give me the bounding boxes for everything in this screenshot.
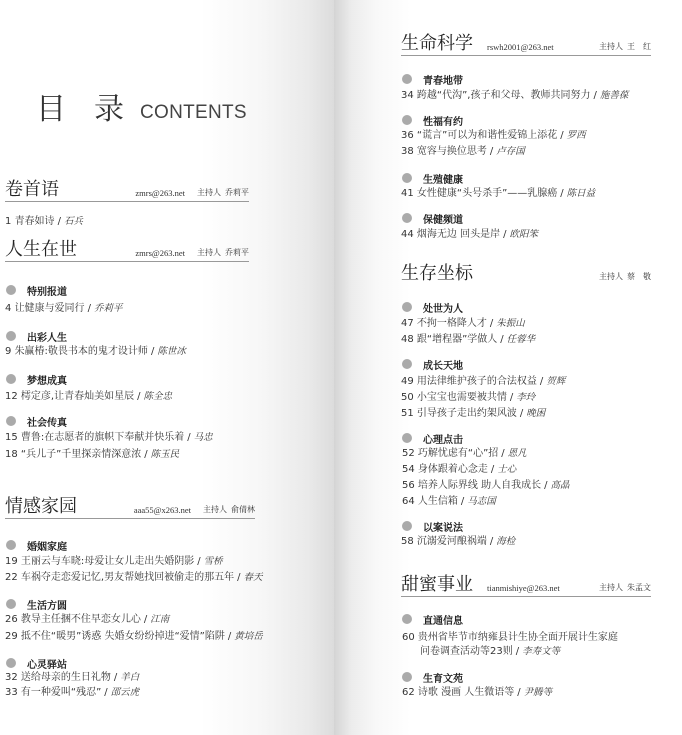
category-label: 性福有约 [423,113,463,128]
bullet-dot-icon [402,433,412,443]
entry-title: 身体跟着心念走 [418,464,488,475]
entry-author: 恩凡 [508,448,527,459]
toc-title-cn-1: 目 [36,84,66,128]
page-number: 18 [5,449,18,460]
host-name: 蔡 敬 [627,271,651,282]
toc-entry[interactable]: 12 樗定彦,让青春灿美如星辰/陈全忠 [5,390,172,404]
section-email[interactable]: zmrs@263.net [135,188,185,198]
entry-author: 陈世冰 [157,346,186,357]
category-label: 梦想成真 [27,372,67,387]
entry-author: 施善葆 [600,90,629,101]
entry-author: 陈全忠 [143,391,172,402]
category-label: 以案说法 [423,519,463,534]
entry-author: 李玲 [516,392,535,403]
host-label: 主持人 [599,271,623,282]
toc-entry[interactable]: 26 教导主任捆不住早恋女儿心/江南 [5,613,169,627]
toc-entry[interactable]: 56 培养人际界线 助人自我成长/高晶 [402,479,570,493]
category-label: 社会传真 [27,414,67,429]
category-label: 直通信息 [423,612,463,627]
category-label: 生育文苑 [423,670,463,685]
entry-title-line2: 问卷调查活动等23则 [420,646,513,657]
bullet-dot-icon [402,614,412,624]
toc-entry[interactable]: 4 让健康与爱同行/乔莉平 [5,302,122,316]
bullet-dot-icon [6,540,16,550]
toc-entry[interactable]: 38 宽容与换位思考/卢存国 [401,145,525,159]
category-shengyuwenyuan: 生育文苑 [402,670,463,684]
bullet-dot-icon [402,521,412,531]
entry-title: 有一种爱叫“残忍” [21,687,101,698]
entry-author: 罗西 [567,130,586,141]
page-number: 41 [401,188,414,199]
page-number: 49 [401,376,414,387]
toc-entry[interactable]: 44 烟海无边 回头是岸/欧阳笨 [401,228,538,242]
toc-title: 目 录 CONTENTS [36,88,247,128]
category-tebiebaodao: 特别报道 [6,283,67,297]
entry-author: 邵云虎 [111,687,140,698]
toc-entry[interactable]: 18 “兵儿子”千里探亲情深意浓/陈玉民 [5,448,179,462]
host-label: 主持人 [197,187,221,198]
entry-title: 教导主任捆不住早恋女儿心 [21,614,141,625]
bullet-dot-icon [402,672,412,682]
page-number: 15 [5,432,18,443]
toc-title-cn-2: 录 [94,84,124,128]
page-number: 32 [5,672,18,683]
toc-entry[interactable]: 33 有一种爱叫“残忍”/邵云虎 [5,686,139,700]
host-name: 俞倩林 [231,504,255,515]
entry-title: 抵不住“暖男”诱惑 失婚女纷纷掉进“爱情”陷阱 [21,631,225,642]
host-label: 主持人 [197,247,221,258]
entry-title: 车祸夺走恋爱记忆,男友帮她找回被偷走的那五年 [21,572,234,583]
category-label: 心灵驿站 [27,656,67,671]
entry-author: 士心 [497,464,516,475]
entry-author: 任蓉华 [507,334,536,345]
toc-entry[interactable]: 1 青春如诗/石兵 [5,215,83,229]
toc-entry[interactable]: 52 巧解忧虑有“心”招/恩凡 [402,447,527,461]
toc-entry[interactable]: 54 身体跟着心念走/士心 [402,463,516,477]
page-number: 36 [401,130,414,141]
host-name: 乔莉平 [225,187,249,198]
entry-title: 不拘一格降人才 [417,318,487,329]
entry-author: 雪桥 [204,556,223,567]
host-label: 主持人 [599,582,623,593]
entry-author: 乔莉平 [94,303,123,314]
page-number: 12 [5,391,18,402]
bullet-dot-icon [402,173,412,183]
toc-entry[interactable]: 47 不拘一格降人才/朱振山 [401,317,525,331]
page-number: 33 [5,687,18,698]
category-label: 青春地带 [423,72,463,87]
entry-title: “兵儿子”千里探亲情深意浓 [21,449,141,460]
entry-author: 晚困 [526,408,545,419]
bullet-dot-icon [402,74,412,84]
entry-title: 引导孩子走出约架风波 [417,408,517,419]
toc-entry[interactable]: 50 小宝宝也需要被共情/李玲 [401,391,535,405]
page-number: 60 [402,632,415,643]
page-number: 47 [401,318,414,329]
page-number: 34 [401,90,414,101]
bullet-dot-icon [402,302,412,312]
page-number: 38 [401,146,414,157]
entry-title: 朱赢椿:敬畏书本的鬼才设计师 [15,346,148,357]
entry-author: 羊白 [120,672,139,683]
category-label: 特别报道 [27,283,67,298]
toc-entry[interactable]: 22 车祸夺走恋爱记忆,男友帮她找回被偷走的那五年/春天 [5,571,263,585]
entry-title: 跟“增程器”学做人 [417,334,497,345]
entry-author: 卢存国 [496,146,525,157]
page-number: 26 [5,614,18,625]
entry-author: 春天 [243,572,262,583]
section-header-shengcunzuobiao: 生存坐标 主持人 蔡 敬 [401,261,651,285]
section-header-qingganjiayuan: 情感家园 aaa55@x263.net 主持人 俞倩林 [5,495,255,519]
section-title: 生命科学 [401,33,473,55]
category-qingchundidai: 青春地带 [402,72,463,86]
section-header-juanshouyu: 卷首语 zmrs@263.net 主持人 乔莉平 [5,178,249,202]
page-number: 19 [5,556,18,567]
toc-entry[interactable]: 58 沉溺爱河酿祸端/海检 [401,535,515,549]
entry-title: 跨越“代沟”,孩子和父母、教师共同努力 [417,90,591,101]
toc-entry[interactable]: 62 诗歌 漫画 人生微语等/尹腾等 [402,686,552,700]
right-page [334,0,682,735]
entry-title: 王丽云与车晓:母爱让女儿走出失婚阴影 [21,556,194,567]
bullet-dot-icon [6,285,16,295]
section-title: 人生在世 [5,239,77,261]
category-shehuichuanzhen: 社会传真 [6,414,67,428]
page-number: 51 [401,408,414,419]
host-label: 主持人 [599,41,623,52]
section-title: 情感家园 [5,496,77,518]
section-header-shengmingkexue: 生命科学 rswh2001@263.net 主持人 王 红 [401,32,651,56]
toc-entry[interactable]: 9 朱赢椿:敬畏书本的鬼才设计师/陈世冰 [5,345,186,359]
entry-title: 沉溺爱河酿祸端 [417,536,487,547]
category-xingfuyouyue: 性福有约 [402,113,463,127]
entry-title: 小宝宝也需要被共情 [417,392,507,403]
category-xinlingyizhan: 心灵驿站 [6,656,67,670]
section-email[interactable]: aaa55@x263.net [134,505,191,515]
section-header-tianmishiye: 甜蜜事业 tianmishiye@263.net 主持人 朱孟文 [401,573,651,597]
host-label: 主持人 [203,504,227,515]
bullet-dot-icon [402,115,412,125]
section-email[interactable]: tianmishiye@263.net [487,583,560,593]
entry-author: 陈日益 [567,188,596,199]
entry-author: 李寿文等 [522,646,560,657]
section-email[interactable]: rswh2001@263.net [487,42,554,52]
toc-entry[interactable]: 36 “谎言”可以为和谐性爱锦上添花/罗西 [401,129,586,143]
category-mengxiangchengzhen: 梦想成真 [6,372,67,386]
toc-entry[interactable]: 34 跨越“代沟”,孩子和父母、教师共同努力/施善葆 [401,89,628,103]
category-label: 成长天地 [423,357,463,372]
host-name: 乔莉平 [225,247,249,258]
entry-author: 海检 [496,536,515,547]
toc-entry[interactable]: 51 引导孩子走出约架风波/晚困 [401,407,545,421]
bullet-dot-icon [402,213,412,223]
category-yianshuofa: 以案说法 [402,519,463,533]
toc-title-en: CONTENTS [140,102,247,124]
entry-title: 宽容与换位思考 [417,146,487,157]
entry-author: 陈玉民 [151,449,180,460]
entry-title: 樗定彦,让青春灿美如星辰 [21,391,134,402]
page-number: 64 [402,496,415,507]
toc-entry[interactable]: 32 送给母亲的生日礼物/羊白 [5,671,139,685]
entry-title: 贵州省毕节市纳雍县计生协全面开展计生家庭 [418,632,618,643]
entry-author: 石兵 [64,216,83,227]
bullet-dot-icon [6,331,16,341]
page-number: 4 [5,303,11,314]
bullet-dot-icon [6,374,16,384]
host-name: 王 红 [627,41,651,52]
section-title: 生存坐标 [401,263,473,285]
category-zhitongxinxi: 直通信息 [402,612,463,626]
entry-title: 用法律维护孩子的合法权益 [417,376,537,387]
toc-entry[interactable]: 19 王丽云与车晓:母爱让女儿走出失婚阴影/雪桥 [5,555,223,569]
page-number: 58 [401,536,414,547]
page-number: 9 [5,346,11,357]
entry-title: 送给母亲的生日礼物 [21,672,111,683]
page-number: 29 [5,631,18,642]
entry-author: 黄培岳 [234,631,263,642]
entry-author: 欧阳笨 [509,229,538,240]
category-hunyinjiating: 婚姻家庭 [6,538,67,552]
toc-entry[interactable]: 29 抵不住“暖男”诱惑 失婚女纷纷掉进“爱情”陷阱/黄培岳 [5,630,263,644]
entry-author: 江南 [150,614,169,625]
section-title: 甜蜜事业 [401,574,473,596]
toc-entry[interactable]: 49 用法律维护孩子的合法权益/贺辉 [401,375,565,389]
entry-title: 培养人际界线 助人自我成长 [418,480,541,491]
page-number: 22 [5,572,18,583]
category-shengzhijiankang: 生殖健康 [402,171,463,185]
section-header-renshengzaishi: 人生在世 zmrs@263.net 主持人 乔莉平 [5,238,249,262]
section-title: 卷首语 [5,179,59,201]
page-number: 56 [402,480,415,491]
bullet-dot-icon [6,416,16,426]
page-number: 44 [401,229,414,240]
entry-title: 巧解忧虑有“心”招 [418,448,498,459]
bullet-dot-icon [6,599,16,609]
entry-author: 马志国 [467,496,496,507]
category-chucairensheng: 出彩人生 [6,329,67,343]
entry-author: 高晶 [550,480,569,491]
entry-author: 马忠 [194,432,213,443]
category-label: 心理点击 [423,431,463,446]
category-xinlidianji: 心理点击 [402,431,463,445]
category-chengzhangtiandi: 成长天地 [402,357,463,371]
toc-entry[interactable]: 15 曹鲁:在志愿者的旗帜下奉献并快乐着/马忠 [5,431,213,445]
category-label: 生活方圆 [27,597,67,612]
page-number: 62 [402,687,415,698]
entry-author: 贺辉 [546,376,565,387]
category-label: 婚姻家庭 [27,538,67,553]
toc-entry-continued[interactable]: 问卷调查活动等23则/李寿文等 [402,645,560,659]
page-number: 54 [402,464,415,475]
toc-entry[interactable]: 60 贵州省毕节市纳雍县计生协全面开展计生家庭 [402,631,618,645]
entry-title: 青春如诗 [15,216,55,227]
page-number: 50 [401,392,414,403]
toc-entry[interactable]: 48 跟“增程器”学做人/任蓉华 [401,333,535,347]
page-number: 1 [5,216,11,227]
category-baojianpindao: 保健频道 [402,211,463,225]
category-label: 处世为人 [423,300,463,315]
entry-author: 朱振山 [496,318,525,329]
category-label: 生殖健康 [423,171,463,186]
bullet-dot-icon [6,658,16,668]
toc-entry[interactable]: 41 女性健康“头号杀手”——乳腺癌/陈日益 [401,187,595,201]
category-label: 保健频道 [423,211,463,226]
entry-title: 曹鲁:在志愿者的旗帜下奉献并快乐着 [21,432,184,443]
category-shenghuofangyuan: 生活方圆 [6,597,67,611]
category-label: 出彩人生 [27,329,67,344]
category-chushiweiren: 处世为人 [402,300,463,314]
section-email[interactable]: zmrs@263.net [135,248,185,258]
bullet-dot-icon [402,359,412,369]
page-number: 52 [402,448,415,459]
entry-title: 人生信箱 [418,496,458,507]
page-number: 48 [401,334,414,345]
entry-title: 让健康与爱同行 [15,303,85,314]
entry-author: 尹腾等 [524,687,553,698]
toc-entry[interactable]: 64 人生信箱/马志国 [402,495,496,509]
entry-title: 诗歌 漫画 人生微语等 [418,687,514,698]
host-name: 朱孟文 [627,582,651,593]
entry-title: 女性健康“头号杀手”——乳腺癌 [417,188,557,199]
entry-title: 烟海无边 回头是岸 [417,229,500,240]
entry-title: “谎言”可以为和谐性爱锦上添花 [417,130,557,141]
